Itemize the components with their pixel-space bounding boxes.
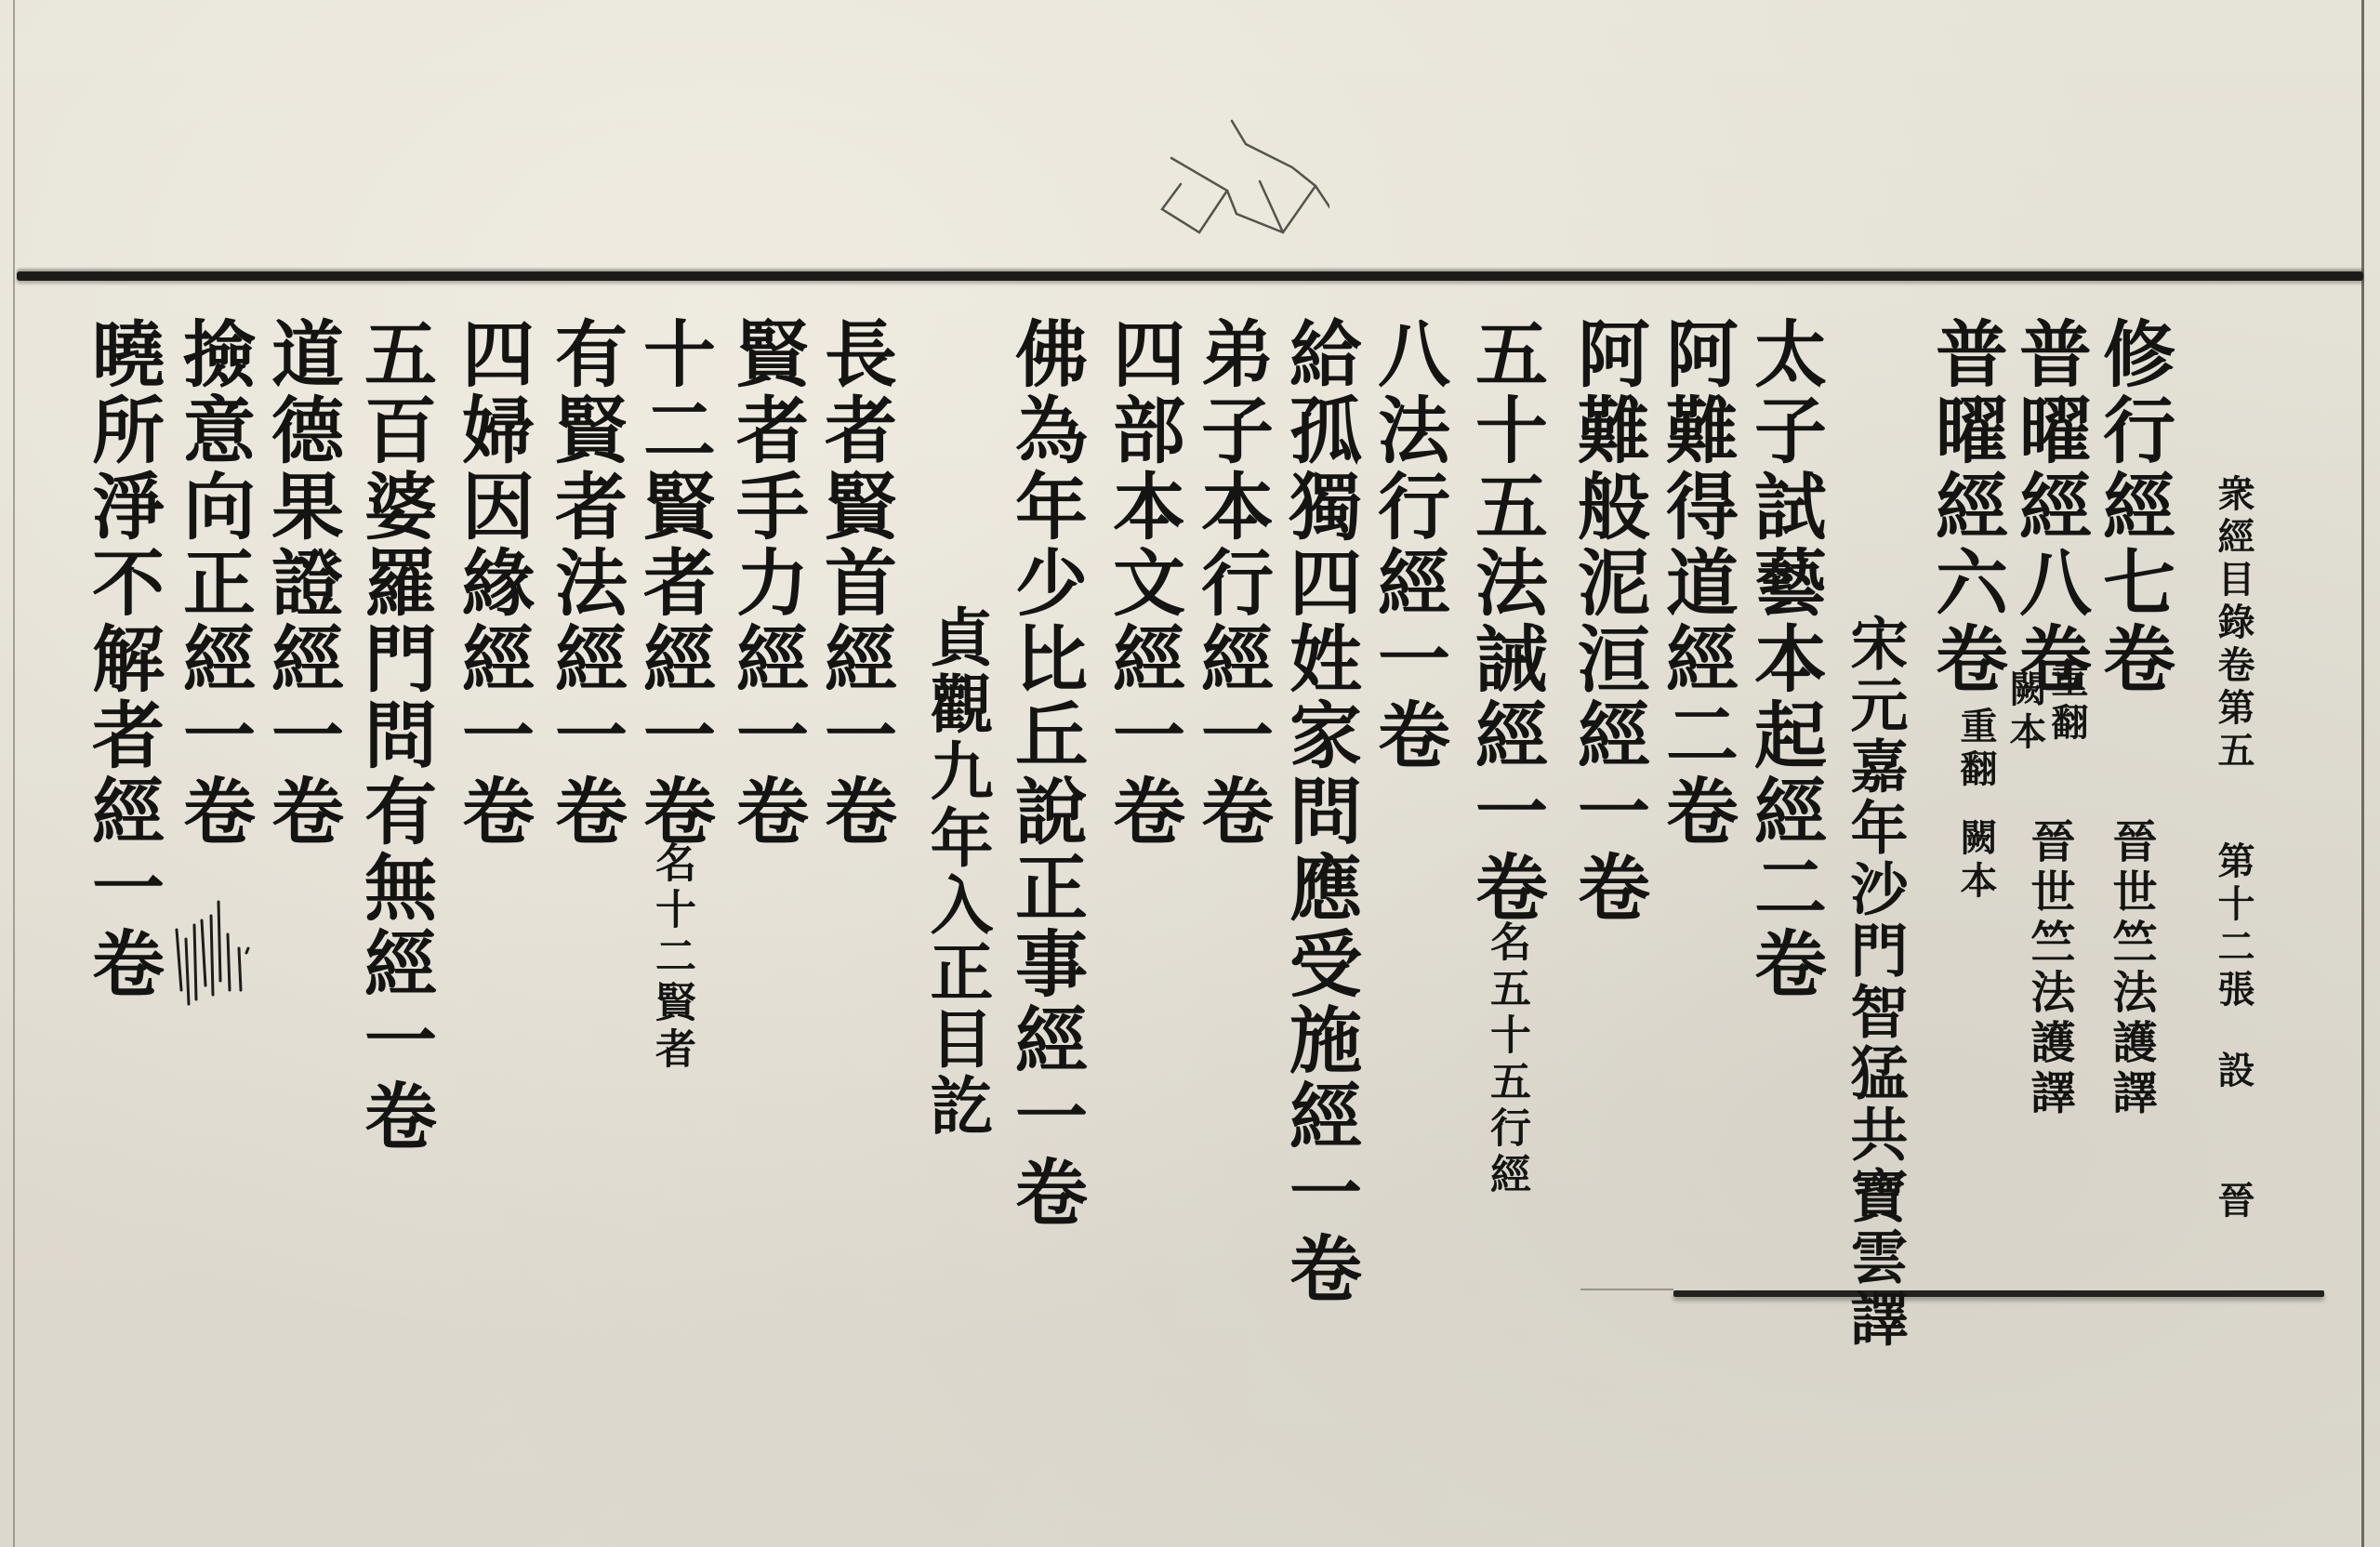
leaf-number: 第十二張 (2215, 841, 2252, 1012)
carver-mark: 設 (2215, 1051, 2252, 1093)
entry-translator: 晉世竺法護譯 (2109, 818, 2153, 1119)
left-page-edge (13, 0, 15, 1547)
entry-title: 太子試藝本起經二卷 (1748, 316, 1820, 1002)
entry-title: 十二賢者經一卷 (637, 316, 709, 850)
carver-mark-2: 晉 (2215, 1181, 2252, 1223)
entry-title: 佛為年少比丘說正事經一卷 (1009, 316, 1081, 1231)
entry-translator: 晉世竺法護譯 (2027, 818, 2071, 1119)
bottom-border-rule-faint (1580, 1289, 1673, 1290)
entry-title: 撿意向正經一卷 (177, 316, 249, 850)
entry-note: 闕本 (1957, 818, 1994, 904)
entry-translator: 宋元嘉年沙門智猛共寶雲譯 (1845, 614, 1903, 1350)
entry-title: 阿難得道經二卷 (1659, 316, 1732, 850)
ink-smudge-mark (163, 897, 265, 1018)
right-border-line (2361, 0, 2364, 1547)
entry-title: 普曜經六卷 (1929, 316, 2002, 697)
entry-note: 一名十二賢者 (651, 795, 692, 1074)
page-scan: 衆經目錄卷第五 第十二張 設 晉 修行經七卷 晉世竺法護譯 普曜經八卷 重翻 闕… (0, 0, 2380, 1547)
entry-note: 一名五十五行經 (1486, 874, 1527, 1199)
entry-title: 八法行經一卷 (1371, 316, 1444, 773)
entry-title: 五百婆羅門問有無經一卷 (358, 316, 430, 1155)
entry-title: 道德果證經一卷 (265, 316, 337, 850)
entry-annotation: 貞觀九年入正目訖 (925, 604, 988, 1140)
entry-title: 四婦因緣經一卷 (456, 316, 528, 850)
entry-note: 重翻 (1957, 707, 1994, 792)
entry-title: 給孤獨四姓家問應受施經一卷 (1283, 316, 1355, 1307)
entry-note: 闕本 (2006, 669, 2043, 755)
catalog-volume-title: 衆經目錄卷第五 (2215, 474, 2252, 773)
entry-title: 普曜經八卷 (2013, 316, 2085, 697)
entry-title: 四部本文經一卷 (1106, 316, 1179, 850)
pencil-sketch-mark (1144, 102, 1329, 251)
top-border-rule (17, 271, 2363, 281)
entry-title: 阿難般泥洹經一卷 (1571, 316, 1644, 926)
entry-title: 有賢者法經一卷 (549, 316, 621, 850)
entry-title: 五十五法誡經一卷 (1469, 316, 1541, 926)
entry-title: 長者賢首經一卷 (818, 316, 891, 850)
entry-title: 曉所淨不解者經一卷 (86, 316, 158, 1002)
entry-title: 賢者手力經一卷 (730, 316, 802, 850)
entry-title: 弟子本行經一卷 (1195, 316, 1267, 850)
entry-note: 重翻 (2048, 660, 2085, 746)
entry-title: 修行經七卷 (2096, 316, 2169, 697)
bottom-border-rule (1673, 1290, 2324, 1297)
